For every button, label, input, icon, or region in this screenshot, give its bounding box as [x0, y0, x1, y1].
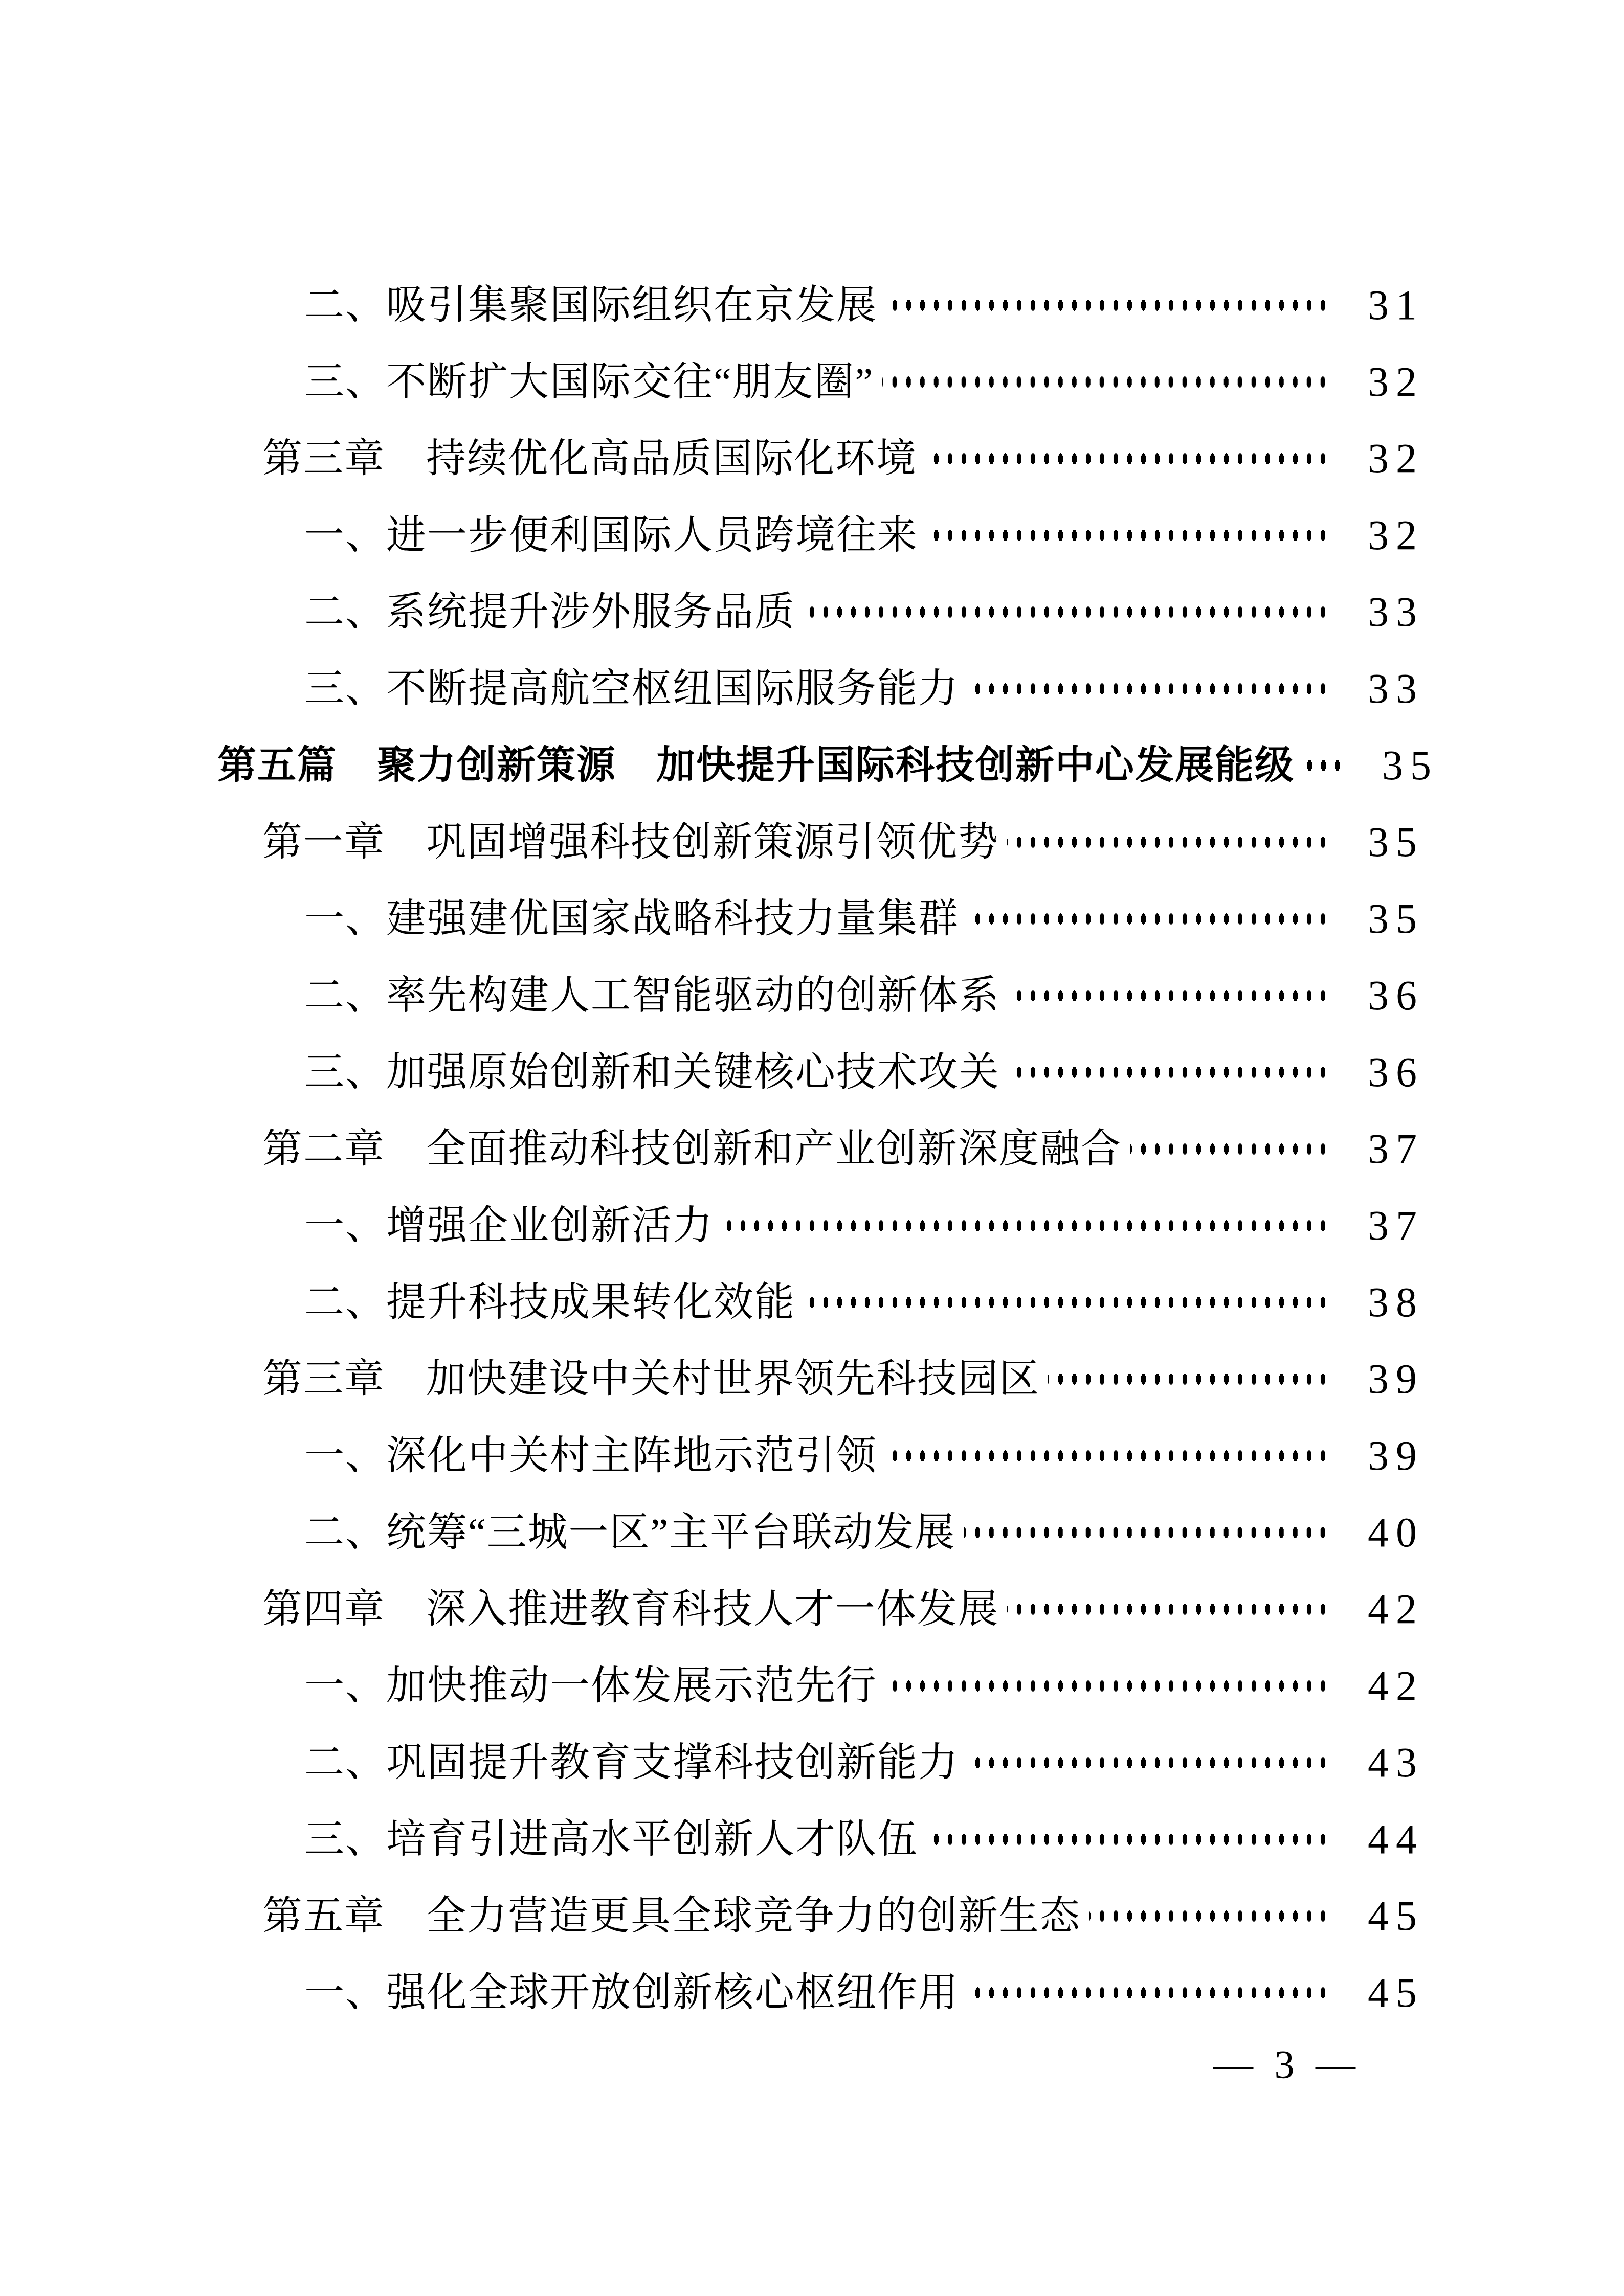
toc-entry-title: 第二章 全面推动科技创新和产业创新深度融合 [262, 1129, 1122, 1169]
toc-entry-title: 三、培育引进高水平创新人才队伍 [304, 1819, 918, 1859]
toc-entry: 三、不断提高航空枢纽国际服务能力 33 [217, 650, 1417, 727]
dot-leader [1048, 1368, 1330, 1390]
toc-entry: 一、深化中关村主阵地示范引领 39 [217, 1417, 1417, 1494]
toc-entry-title: 第五篇 聚力创新策源 加快提升国际科技创新中心发展能级 [217, 746, 1295, 785]
toc-entry: 一、增强企业创新活力 37 [217, 1187, 1417, 1264]
toc-entry-page: 45 [1337, 1972, 1424, 2014]
dot-leader [1303, 754, 1344, 777]
toc-entry-page: 32 [1337, 514, 1424, 556]
toc-entry: 第五章 全力营造更具全球竞争力的创新生态 45 [217, 1878, 1417, 1954]
toc-entry-title: 二、巩固提升教育支撑科技创新能力 [304, 1743, 959, 1783]
toc-entry: 一、加快推动一体发展示范先行 42 [217, 1648, 1417, 1724]
toc-entry-page: 42 [1337, 1665, 1424, 1707]
toc-entry-title: 二、系统提升涉外服务品质 [304, 592, 795, 632]
toc-entry-title: 第三章 加快建设中关村世界领先科技园区 [262, 1359, 1040, 1399]
toc-entry-page: 45 [1337, 1895, 1424, 1937]
toc-entry-page: 35 [1351, 745, 1438, 786]
toc-entry-page: 35 [1337, 898, 1424, 940]
toc-entry-page: 32 [1337, 438, 1424, 480]
dot-leader [882, 371, 1330, 393]
toc-entry-title: 一、建强建优国家战略科技力量集群 [304, 899, 959, 939]
toc-entry-title: 二、统筹“三城一区”主平台联动发展 [304, 1513, 955, 1552]
toc-entry-page: 37 [1337, 1205, 1424, 1247]
toc-entry: 二、提升科技成果转化效能 38 [217, 1264, 1417, 1341]
dot-leader [1130, 1138, 1330, 1160]
dot-leader [1089, 1905, 1330, 1927]
toc-entry-page: 39 [1337, 1435, 1424, 1477]
toc-entry-title: 三、不断扩大国际交往“朋友圈” [304, 362, 874, 402]
dot-leader [804, 1291, 1330, 1314]
toc-entry-title: 第一章 巩固增强科技创新策源引领优势 [262, 822, 999, 862]
toc-entry: 第三章 持续优化高品质国际化环境 32 [217, 420, 1417, 497]
toc-entry-title: 第五章 全力营造更具全球竞争力的创新生态 [262, 1896, 1081, 1936]
dot-leader [967, 908, 1330, 930]
dot-leader [967, 1982, 1330, 2004]
dot-leader [722, 1214, 1330, 1237]
dot-leader [926, 1828, 1330, 1851]
dot-leader [1007, 1598, 1330, 1620]
dot-leader [885, 1675, 1330, 1697]
toc-entry: 一、建强建优国家战略科技力量集群 35 [217, 881, 1417, 957]
dot-leader [885, 1445, 1330, 1467]
dot-leader [885, 294, 1330, 317]
toc-entry-page: 31 [1337, 284, 1424, 326]
toc-entry-page: 37 [1337, 1128, 1424, 1170]
toc-entry-title: 一、进一步便利国际人员跨境往来 [304, 515, 918, 555]
toc-entry: 第一章 巩固增强科技创新策源引领优势 35 [217, 804, 1417, 881]
toc-entry-title: 第三章 持续优化高品质国际化环境 [262, 439, 917, 479]
dot-leader [925, 447, 1330, 470]
toc-entry-page: 35 [1337, 821, 1424, 863]
toc-entry: 三、培育引进高水平创新人才队伍 44 [217, 1801, 1417, 1878]
toc-entry-page: 43 [1337, 1742, 1424, 1784]
toc-entry: 二、巩固提升教育支撑科技创新能力 43 [217, 1724, 1417, 1801]
toc-entry-title: 二、率先构建人工智能驱动的创新体系 [304, 976, 1000, 1016]
toc-entry-page: 36 [1337, 975, 1424, 1017]
toc-entry: 第三章 加快建设中关村世界领先科技园区 39 [217, 1341, 1417, 1417]
dot-leader [964, 1521, 1330, 1544]
toc-entry-page: 42 [1337, 1588, 1424, 1630]
toc-entry-page: 39 [1337, 1358, 1424, 1400]
toc-entry-title: 一、深化中关村主阵地示范引领 [304, 1436, 877, 1476]
dot-leader [804, 601, 1330, 623]
toc-entry-title: 三、不断提高航空枢纽国际服务能力 [304, 669, 959, 709]
toc-entry-page: 38 [1337, 1281, 1424, 1323]
toc-entry-page: 40 [1337, 1512, 1424, 1554]
toc-entry: 一、强化全球开放创新核心枢纽作用 45 [217, 1954, 1417, 2031]
dot-leader [967, 678, 1330, 700]
document-page: 二、吸引集聚国际组织在京发展 31 三、不断扩大国际交往“朋友圈” 32 第三章… [0, 0, 1624, 2296]
dot-leader [1007, 831, 1330, 853]
toc-entry-page: 44 [1337, 1818, 1424, 1860]
toc-entry-page: 32 [1337, 361, 1424, 403]
toc-entry: 三、加强原始创新和关键核心技术攻关 36 [217, 1034, 1417, 1111]
page-number-footer: — 3 — [1213, 2044, 1355, 2084]
toc-entry: 二、系统提升涉外服务品质 33 [217, 574, 1417, 650]
toc-entry-page: 33 [1337, 668, 1424, 710]
toc-entry: 二、率先构建人工智能驱动的创新体系 36 [217, 957, 1417, 1034]
toc-entry-title: 一、强化全球开放创新核心枢纽作用 [304, 1973, 959, 2013]
toc-entry: 第四章 深入推进教育科技人才一体发展 42 [217, 1571, 1417, 1648]
toc-entry-title: 第四章 深入推进教育科技人才一体发展 [262, 1589, 999, 1629]
dot-leader [1008, 984, 1330, 1007]
toc-entry: 二、统筹“三城一区”主平台联动发展 40 [217, 1494, 1417, 1571]
toc-entry-part-heading: 第五篇 聚力创新策源 加快提升国际科技创新中心发展能级 35 [217, 727, 1417, 804]
toc-entry-page: 36 [1337, 1051, 1424, 1093]
toc-entry: 第二章 全面推动科技创新和产业创新深度融合 37 [217, 1111, 1417, 1187]
dot-leader [967, 1751, 1330, 1774]
toc-entry-title: 二、提升科技成果转化效能 [304, 1282, 795, 1322]
dot-leader [926, 524, 1330, 547]
toc-entry-title: 一、增强企业创新活力 [304, 1206, 714, 1246]
toc-entry-title: 二、吸引集聚国际组织在京发展 [304, 285, 877, 325]
toc-entry: 三、不断扩大国际交往“朋友圈” 32 [217, 344, 1417, 420]
table-of-contents: 二、吸引集聚国际组织在京发展 31 三、不断扩大国际交往“朋友圈” 32 第三章… [217, 267, 1417, 2031]
toc-entry-title: 一、加快推动一体发展示范先行 [304, 1666, 877, 1706]
toc-entry: 二、吸引集聚国际组织在京发展 31 [217, 267, 1417, 344]
toc-entry-title: 三、加强原始创新和关键核心技术攻关 [304, 1052, 1000, 1092]
dot-leader [1008, 1061, 1330, 1084]
toc-entry: 一、进一步便利国际人员跨境往来 32 [217, 497, 1417, 574]
toc-entry-page: 33 [1337, 591, 1424, 633]
